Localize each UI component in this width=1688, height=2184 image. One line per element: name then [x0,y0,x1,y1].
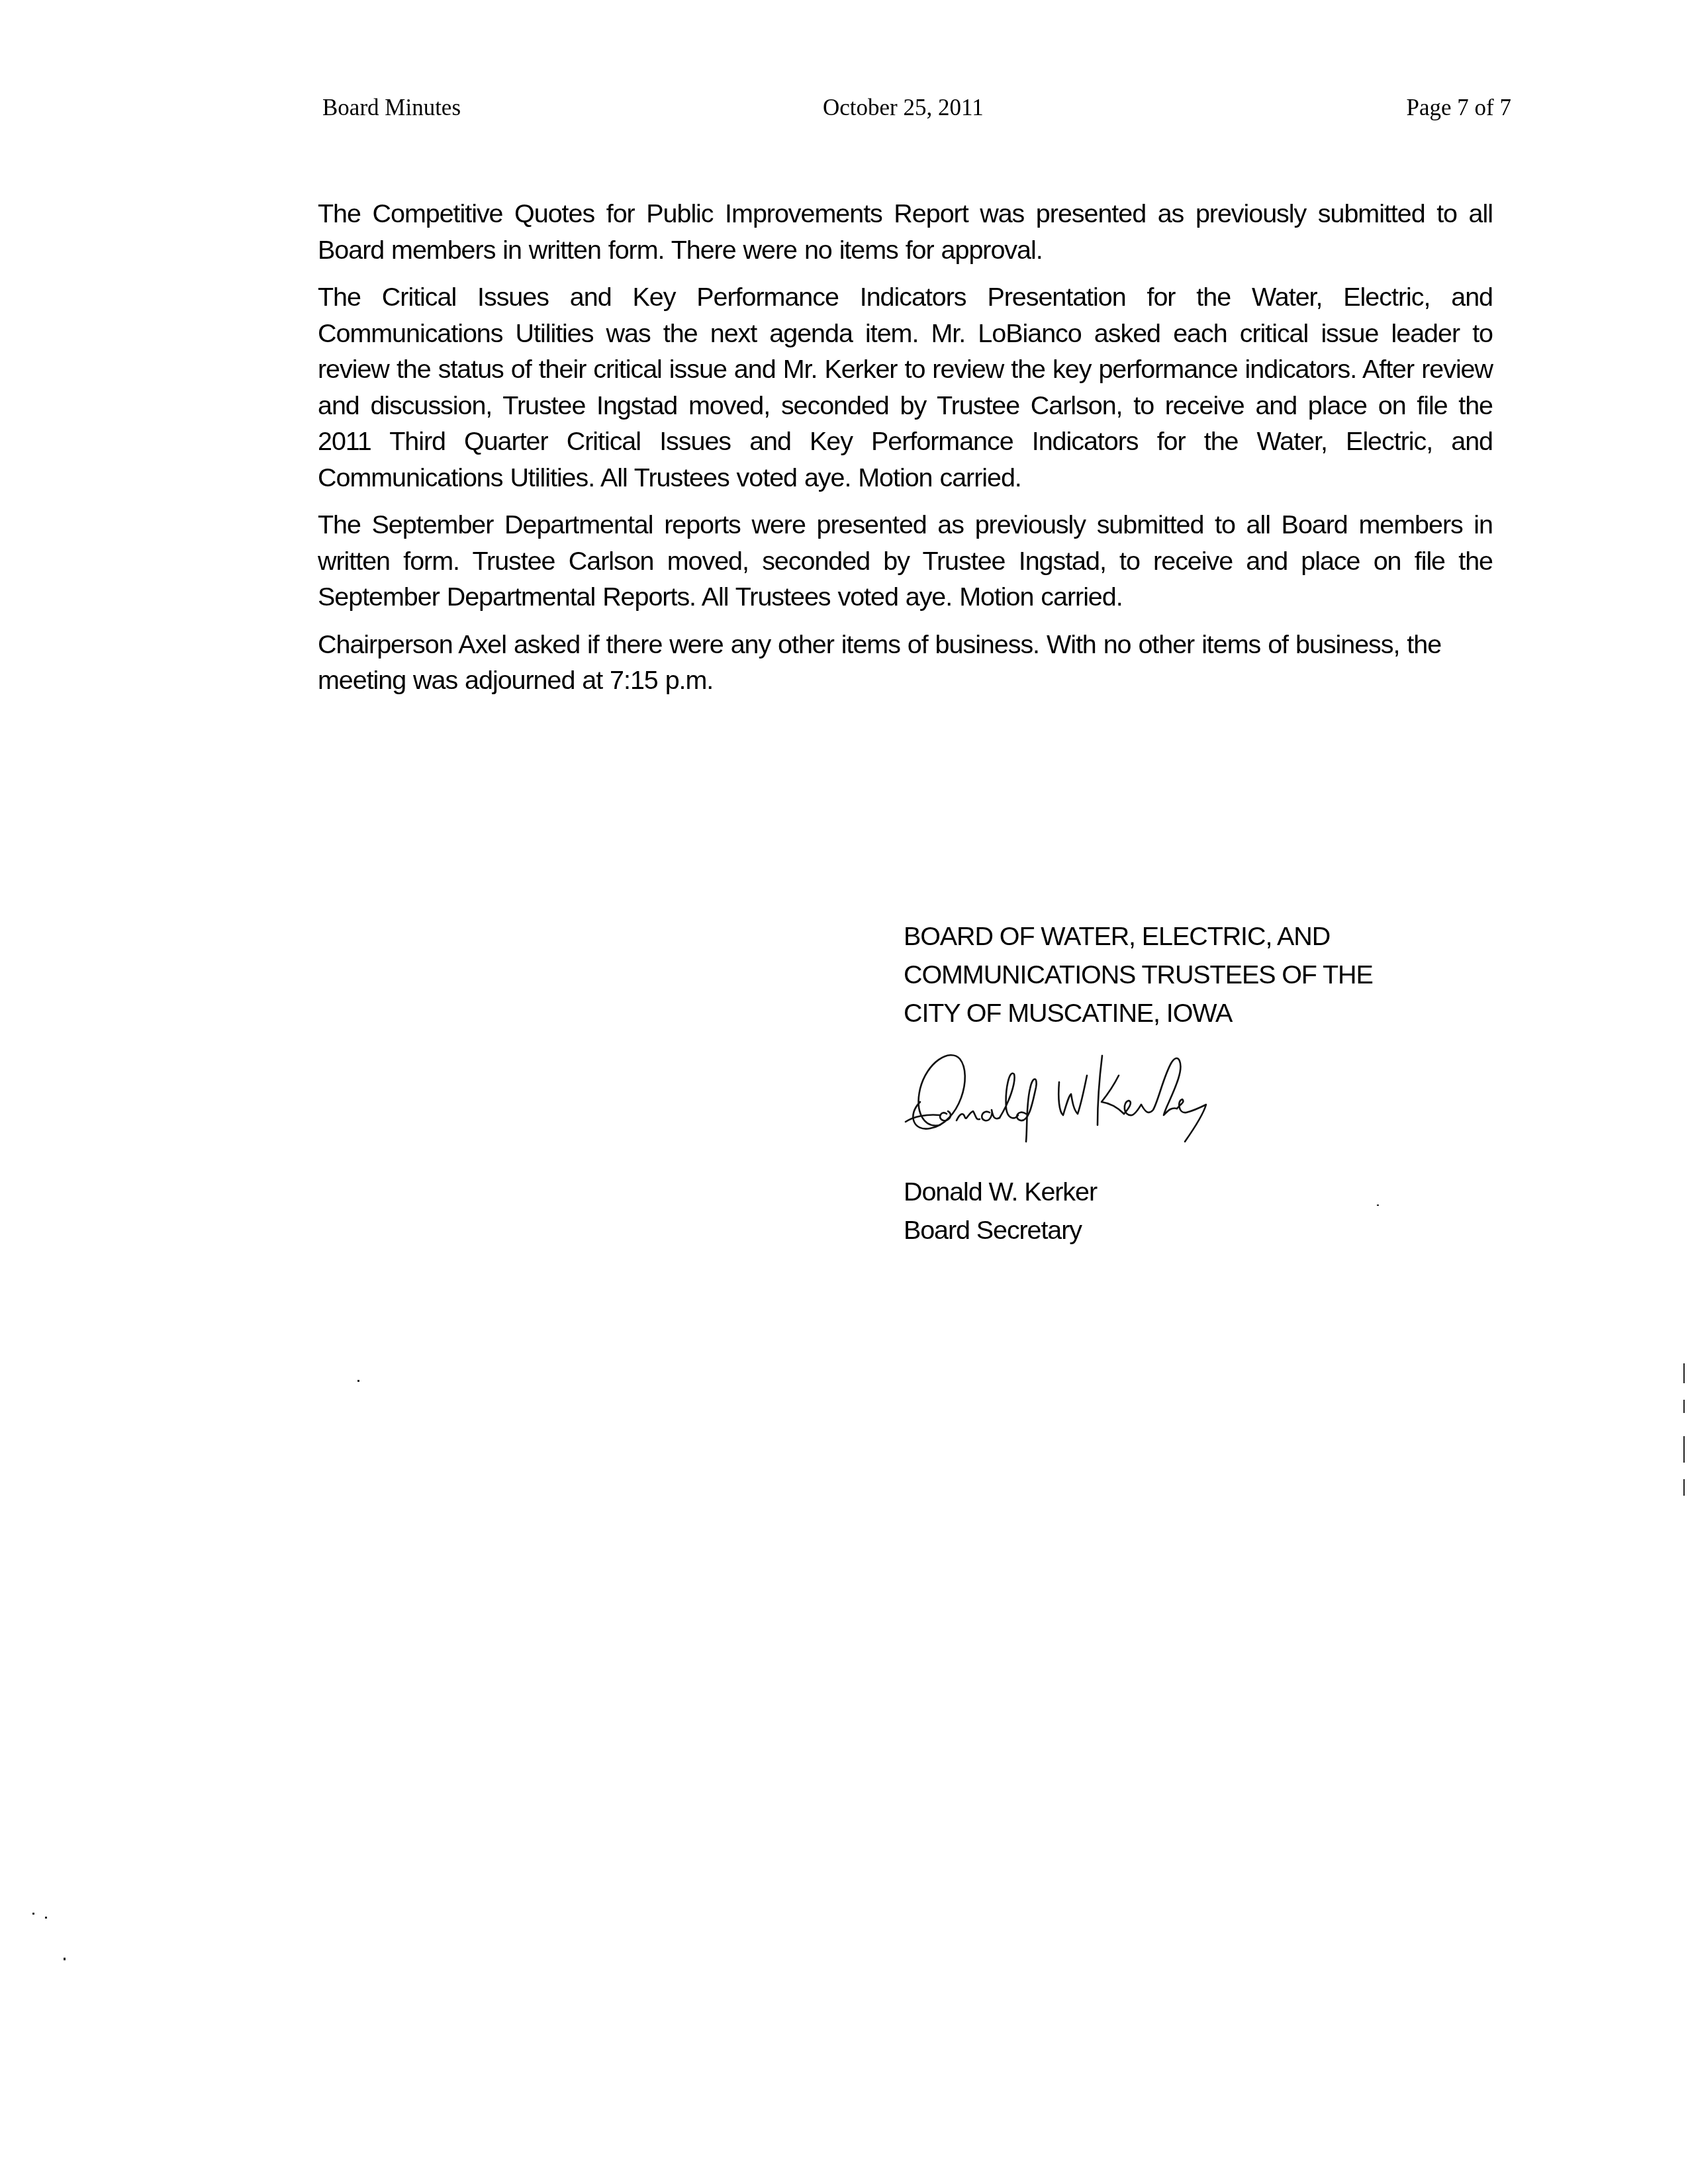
scan-speck [64,1958,66,1960]
signer-info: Donald W. Kerker Board Secretary [904,1173,1097,1250]
handwritten-signature-icon [900,1036,1377,1155]
paragraph-critical-issues: The Critical Issues and Key Performance … [318,279,1493,496]
page-header: Board Minutes October 25, 2011 Page 7 of… [322,95,1511,128]
paragraph-adjournment: Chairperson Axel asked if there were any… [318,627,1493,699]
organization-line: COMMUNICATIONS TRUSTEES OF THE [904,956,1499,994]
signature-organization: BOARD OF WATER, ELECTRIC, AND COMMUNICAT… [904,917,1499,1032]
signer-title: Board Secretary [904,1211,1097,1250]
header-page-number: Page 7 of 7 [1407,95,1511,121]
header-date: October 25, 2011 [823,95,984,121]
organization-line: CITY OF MUSCATINE, IOWA [904,994,1499,1032]
scan-speck [1683,1436,1685,1463]
scan-speck [1683,1479,1685,1496]
paragraph-departmental-reports: The September Departmental reports were … [318,507,1493,615]
organization-line: BOARD OF WATER, ELECTRIC, AND [904,917,1499,956]
scan-speck [1683,1400,1685,1413]
header-document-title: Board Minutes [322,95,461,121]
paragraph-competitive-quotes: The Competitive Quotes for Public Improv… [318,196,1493,268]
scan-speck [357,1380,359,1382]
scan-speck [1683,1363,1685,1383]
scan-speck [32,1913,34,1915]
scan-speck [45,1917,47,1919]
signer-name: Donald W. Kerker [904,1173,1097,1211]
scan-speck [1377,1205,1379,1206]
minutes-body: The Competitive Quotes for Public Improv… [318,196,1493,710]
